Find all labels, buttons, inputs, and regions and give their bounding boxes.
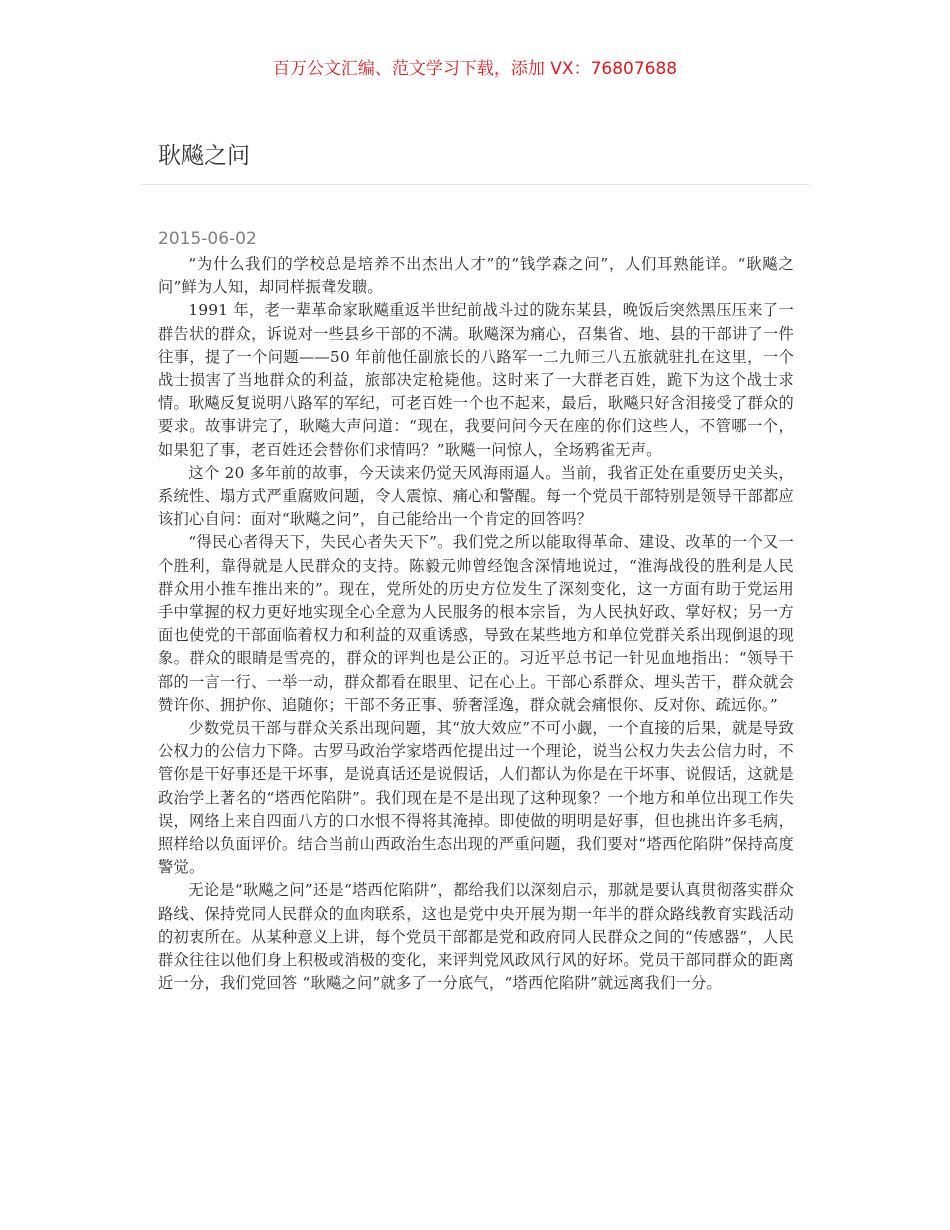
article-paragraph: “得民心者得天下，失民心者失天下”。我们党之所以能取得革命、建设、改革的一个又一… xyxy=(158,531,794,717)
article-paragraph: 1991 年，老一辈革命家耿飚重返半世纪前战斗过的陇东某县，晚饭后突然黑压压来了… xyxy=(158,299,794,461)
article-title: 耿飚之问 xyxy=(158,140,250,172)
article-paragraph: 这个 20 多年前的故事，今天读来仍觉天风海雨逼人。当前，我省正处在重要历史关头… xyxy=(158,462,794,532)
article-body: “为什么我们的学校总是培养不出杰出人才”的“钱学森之问”，人们耳熟能详。“耿飚之… xyxy=(158,253,794,996)
title-divider xyxy=(140,184,810,185)
promo-banner: 百万公文汇编、范文学习下载，添加 VX：76807688 xyxy=(0,57,950,81)
article-paragraph: 少数党员干部与群众关系出现问题，其“放大效应”不可小觑，一个直接的后果，就是导致… xyxy=(158,717,794,879)
article-paragraph: 无论是“耿飚之问”还是“塔西佗陷阱”，都给我们以深刻启示，那就是要认真贯彻落实群… xyxy=(158,879,794,995)
publish-date: 2015-06-02 xyxy=(158,228,257,250)
article-paragraph: “为什么我们的学校总是培养不出杰出人才”的“钱学森之问”，人们耳熟能详。“耿飚之… xyxy=(158,253,794,299)
